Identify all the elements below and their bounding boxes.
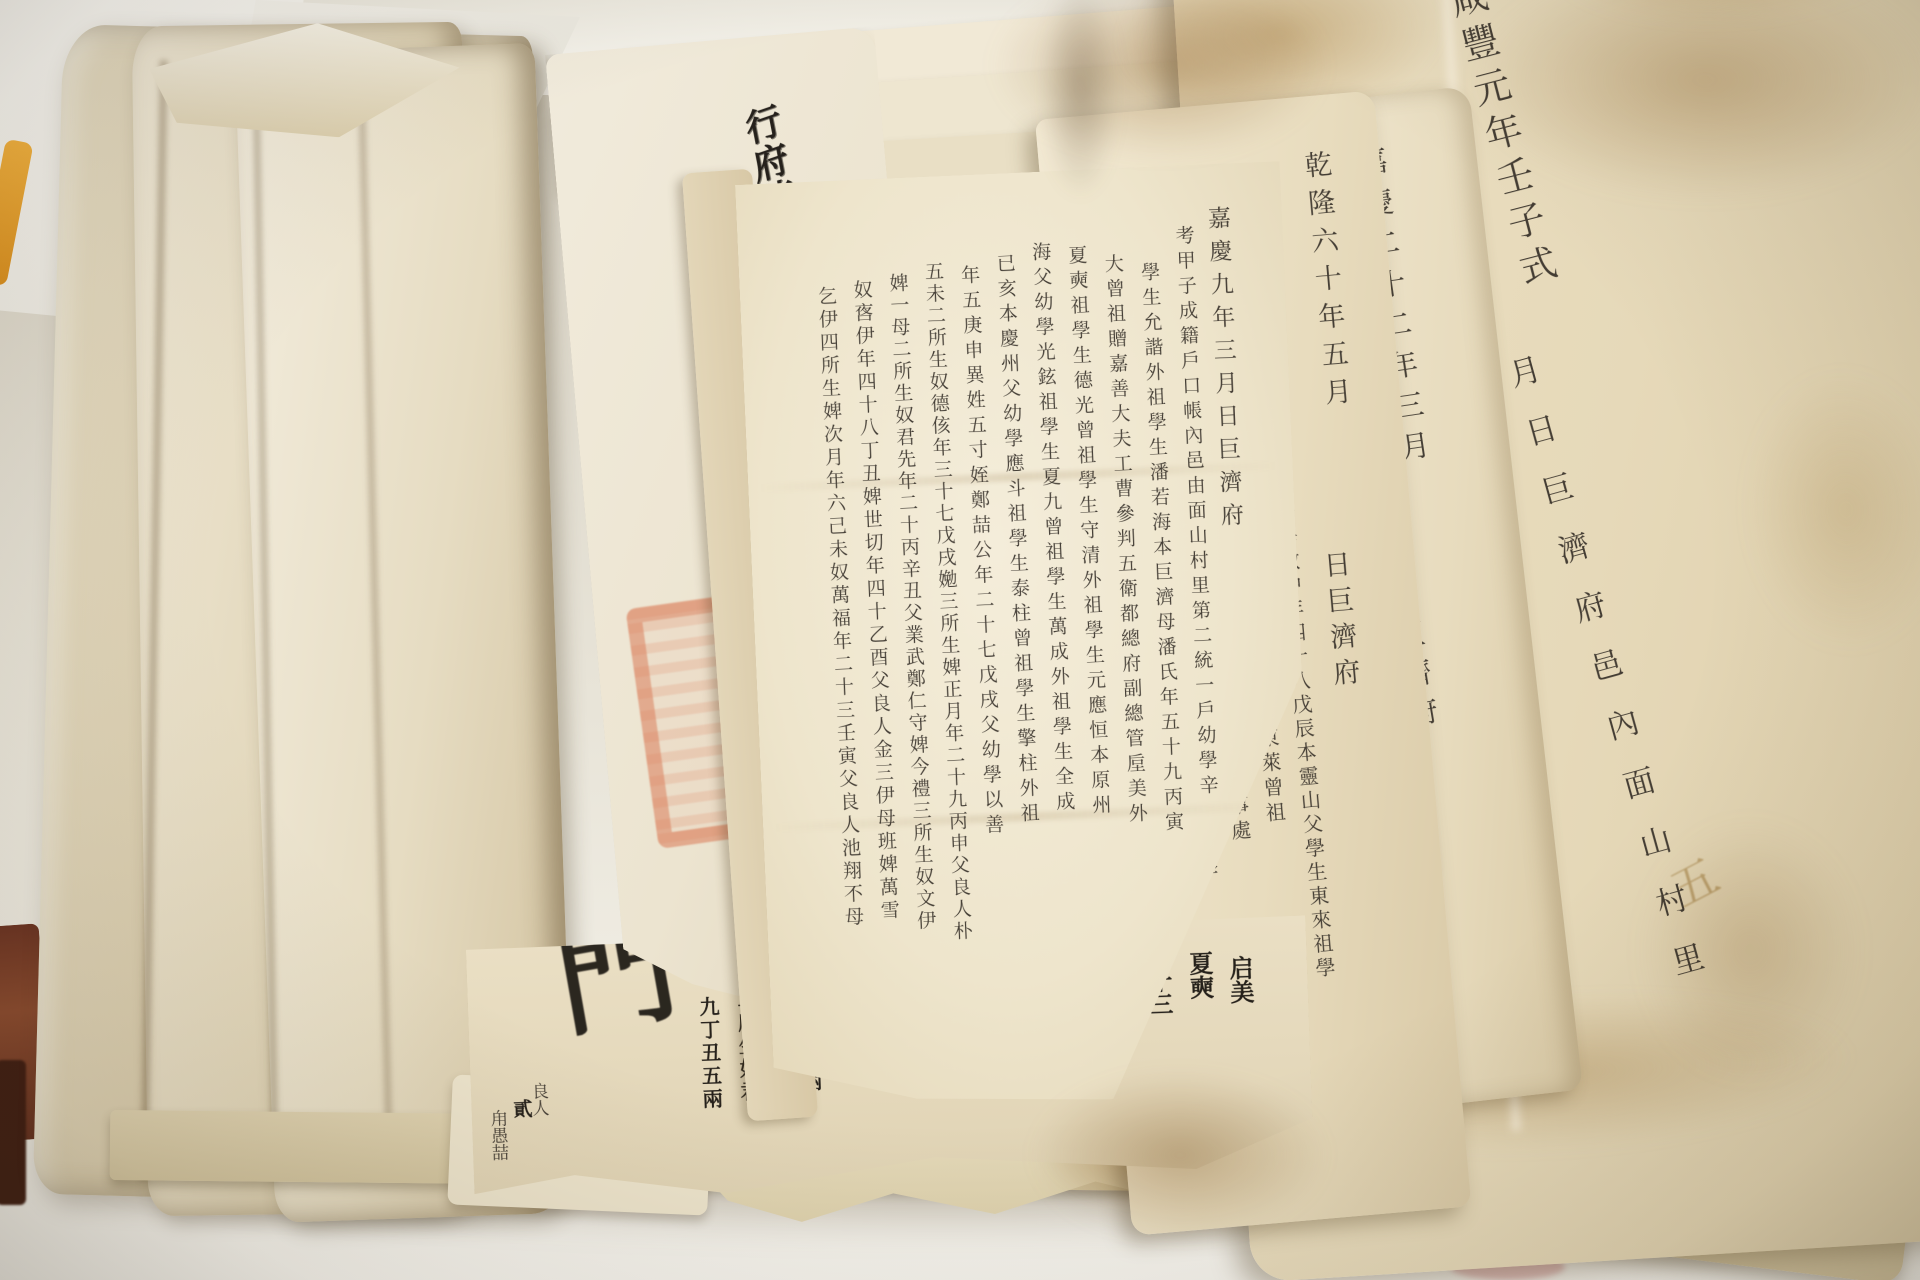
jiaqing9-column-5: 已亥本慶州父幼學應斗祖學生泰柱曾祖學生擎柱外祖: [994, 253, 1038, 828]
qianlong-office-column: 日巨濟府: [1320, 549, 1359, 695]
stain-top-right: [1548, 0, 1915, 31]
jiaqing9-column-1: 學生允諧外祖學生潘若海本巨濟母潘氏年五十九丙寅: [1139, 262, 1183, 837]
fragment-col-gyemi: 启美: [1227, 955, 1253, 1004]
qianlong-date-column: 乾隆六十年五月: [1301, 150, 1351, 417]
corner-note-uchal: 甪愚喆: [488, 1109, 507, 1161]
fragment-col-haseok: 夏奭: [1186, 951, 1212, 1000]
jiaqing9-column-4: 海父幼學光鉉祖學生夏九曾祖學生萬成外祖學生全成: [1030, 241, 1074, 816]
stain-mid-right: [1738, 364, 1920, 656]
jiaqing9-column-3: 夏奭祖學生德光曾祖學生守清外祖學生元應恒本原州: [1066, 245, 1110, 820]
photo-scene: 咸豐元年壬子式 月日巨濟府邑內面山村里 五 嘉慶二十二年三月 日巨濟府 考丙子成…: [0, 0, 1920, 1280]
jiaqing9-title-column: 嘉慶九年三月日巨濟府: [1204, 206, 1241, 537]
jiaqing9-column-2: 大曾祖贈嘉善大夫工曹參判五衛都總府副總管垕美外: [1102, 253, 1146, 828]
dark-object-left-corner: [0, 1060, 26, 1205]
fragment-col-gujeongchuk: 九丁丑五兩: [698, 996, 722, 1112]
corner-note-i: 貳: [511, 1099, 531, 1119]
jiaqing9-column-6: 年五庚申異姓五寸姪鄭喆公年二十七戊戌父幼學以善: [959, 264, 1003, 839]
